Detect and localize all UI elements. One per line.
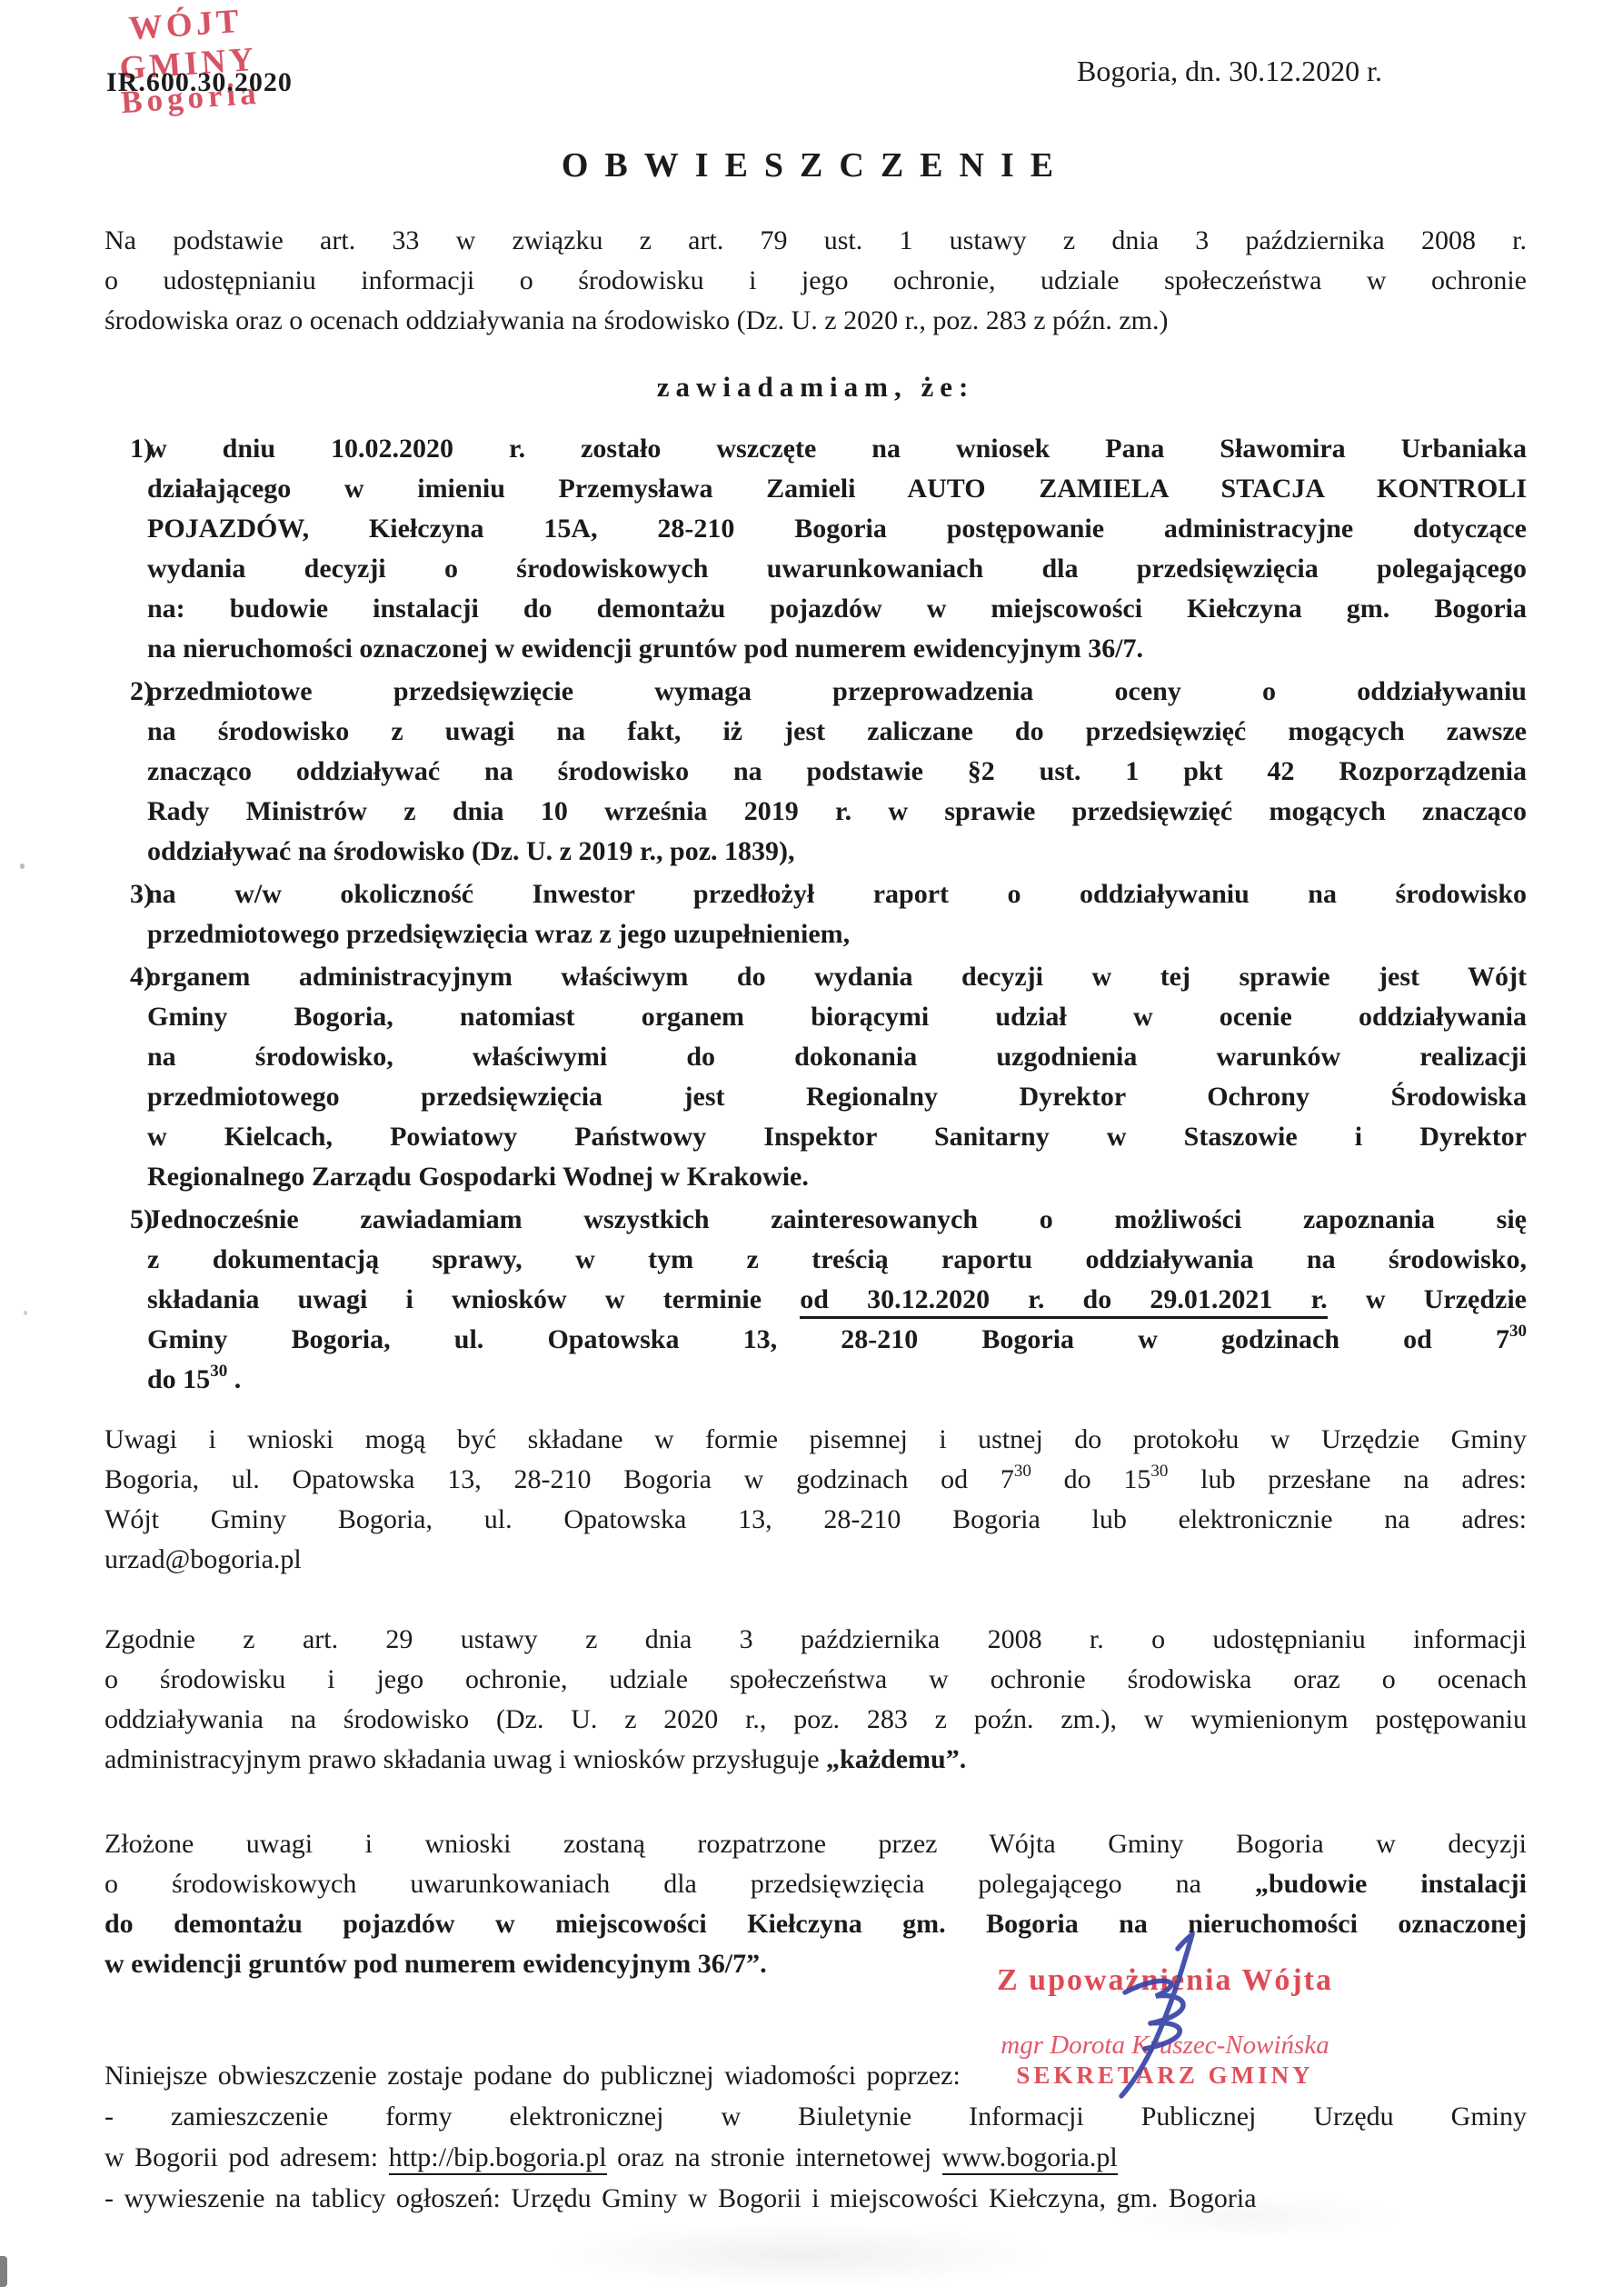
scan-speck xyxy=(20,863,25,869)
point-number: 1) xyxy=(130,429,153,469)
point5-line4: Gminy Bogoria, ul. Opatowska 13, 28-210 … xyxy=(147,1320,1527,1360)
kazdemu-emphasis: „każdemu”. xyxy=(826,1744,966,1774)
email-address: urzad@bogoria.pl xyxy=(105,1540,1527,1580)
point5-line5: do 1530 . xyxy=(147,1360,1527,1400)
point-text: w dniu 10.02.2020 r. zostało wszczęte na… xyxy=(147,429,1527,669)
date-line: Bogoria, dn. 30.12.2020 r. xyxy=(1077,55,1382,88)
point-number: 5) xyxy=(130,1200,153,1240)
list-item-3: 3) na w/w okoliczność Inwestor przedłoży… xyxy=(105,874,1527,954)
intro-paragraph: Na podstawie art. 33 w związku z art. 79… xyxy=(105,221,1527,341)
publication-intro: Niniejsze obwieszczenie zostaje podane d… xyxy=(105,2055,1527,2096)
point-number: 3) xyxy=(130,874,153,914)
page-title: OBWIESZCZENIE xyxy=(105,145,1527,185)
zgodnie-paragraph: Zgodnie z art. 29 ustawy z dnia 3 paździ… xyxy=(105,1620,1527,1780)
notify-heading: zawiadamiam, że: xyxy=(105,367,1527,407)
publication-item-1: - zamieszczenie formy elektronicznej w B… xyxy=(105,2096,1527,2137)
superscript-hours: 30 xyxy=(1150,1462,1168,1481)
list-item-4: 4) organem administracyjnym właściwym do… xyxy=(105,957,1527,1197)
superscript-hours: 30 xyxy=(1509,1322,1527,1341)
point5-line1: Jednocześnie zawiadamiam wszystkich zain… xyxy=(147,1200,1527,1240)
list-item-2: 2) przedmiotowe przedsięwzięcie wymaga p… xyxy=(105,672,1527,872)
office-stamp: WÓJT GMINY Bogoria xyxy=(67,0,309,125)
point-number: 4) xyxy=(130,957,153,997)
scan-speck xyxy=(24,1311,27,1315)
publication-section: Niniejsze obwieszczenie zostaje podane d… xyxy=(105,2055,1527,2219)
reference-number: IR.600.30.2020 xyxy=(106,67,293,98)
publication-item-2: - wywieszenie na tablicy ogłoszeń: Urzęd… xyxy=(105,2178,1527,2219)
link-bip: http://bip.bogoria.pl xyxy=(389,2142,607,2175)
publication-item-1-cont: w Bogorii pod adresem: http://bip.bogori… xyxy=(105,2137,1527,2178)
point-text: organem administracyjnym właściwym do wy… xyxy=(147,957,1527,1197)
scan-smudge xyxy=(545,2222,1054,2288)
uwagi-paragraph: Uwagi i wnioski mogą być składane w form… xyxy=(105,1420,1527,1580)
numbered-list: 1) w dniu 10.02.2020 r. zostało wszczęte… xyxy=(105,429,1527,1403)
point-text: przedmiotowe przedsięwzięcie wymaga prze… xyxy=(147,672,1527,872)
zlozone-paragraph: Złożone uwagi i wnioski zostaną rozpatrz… xyxy=(105,1824,1527,1984)
superscript-hours: 30 xyxy=(210,1362,227,1381)
point-text: Jednocześnie zawiadamiam wszystkich zain… xyxy=(147,1200,1527,1400)
point-text: na w/w okoliczność Inwestor przedłożył r… xyxy=(147,874,1527,954)
scan-edge-mark xyxy=(0,2256,7,2287)
list-item-1: 1) w dniu 10.02.2020 r. zostało wszczęte… xyxy=(105,429,1527,669)
link-www: www.bogoria.pl xyxy=(942,2142,1118,2175)
point5-line3: składania uwagi i wniosków w terminie od… xyxy=(147,1280,1527,1320)
point-number: 2) xyxy=(130,672,153,712)
deadline-underline: od 30.12.2020 r. do 29.01.2021 r. xyxy=(800,1284,1327,1319)
list-item-5: 5) Jednocześnie zawiadamiam wszystkich z… xyxy=(105,1200,1527,1400)
superscript-hours: 30 xyxy=(1014,1462,1031,1481)
point5-line2: z dokumentacją sprawy, w tym z treścią r… xyxy=(147,1240,1527,1280)
